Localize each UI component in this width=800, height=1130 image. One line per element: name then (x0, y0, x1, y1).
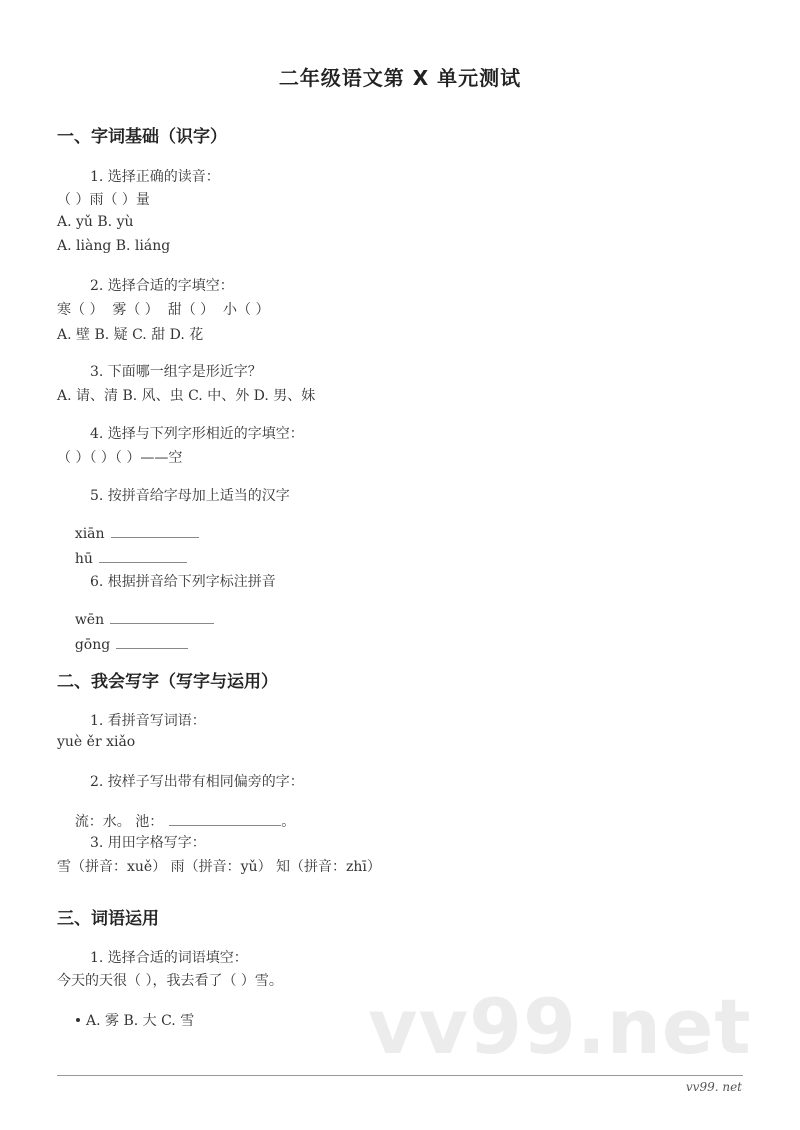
question-1-4-line: （ ）（ ）（ ）——空 (57, 447, 182, 467)
example-text: 流：水。 池： (75, 814, 163, 830)
question-1-2-stem: 2. 选择合适的字填空： (90, 275, 234, 295)
answer-blank[interactable] (99, 550, 187, 563)
question-1-3-options: A. 请、清 B. 风、虫 C. 中、外 D. 男、妹 (57, 385, 315, 405)
pinyin-prefix: hū (75, 551, 93, 567)
question-1-1-option-yu: A. yǔ B. yù (57, 214, 134, 230)
section-heading-3: 三、词语运用 (57, 904, 159, 929)
question-2-1-line: yuè ěr xiǎo (57, 734, 135, 750)
page-title: 二年级语文第 X 单元测试 (0, 62, 800, 91)
watermark: vv99.net (368, 982, 752, 1071)
section-heading-2: 二、我会写字（写字与运用） (57, 667, 278, 692)
answer-blank[interactable] (169, 813, 281, 826)
question-1-6-stem: 6. 根据拼音给下列字标注拼音 (90, 571, 276, 591)
section-heading-1: 一、字词基础（识字） (57, 122, 227, 147)
line-end-punctuation: 。 (281, 814, 295, 830)
question-1-6-row-gong: gōng (57, 620, 188, 669)
footer-site-label: vv99. net (686, 1080, 742, 1094)
answer-blank[interactable] (116, 636, 188, 649)
question-3-1-line: 今天的天很（ ），我去看了（ ）雪。 (57, 970, 283, 990)
pinyin-prefix: gōng (75, 637, 110, 653)
question-1-2-options: A. 壁 B. 疑 C. 甜 D. 花 (57, 324, 203, 344)
question-1-2-line: 寒（ ） 雾（ ） 甜（ ） 小（ ） (57, 299, 270, 319)
question-1-1-option-liang: A. liàng B. liáng (57, 238, 170, 254)
question-2-2-stem: 2. 按样子写出带有相同偏旁的字： (90, 771, 304, 791)
question-2-3-stem: 3. 用田字格写字： (90, 832, 206, 852)
question-2-3-line: 雪（拼音：xuě） 雨（拼音：yǔ） 知（拼音：zhī） (57, 856, 381, 876)
question-1-4-stem: 4. 选择与下列字形相近的字填空： (90, 423, 304, 443)
document-page: vv99.net 二年级语文第 X 单元测试 一、字词基础（识字） 1. 选择正… (0, 0, 800, 1130)
question-2-1-stem: 1. 看拼音写词语： (90, 710, 206, 730)
question-1-1-stem: 1. 选择正确的读音： (90, 166, 220, 186)
footer-divider (57, 1075, 743, 1076)
question-3-1-options: A. 雾 B. 大 C. 雪 (76, 1010, 194, 1030)
question-1-1-line: （ ）雨（ ）量 (57, 189, 150, 209)
question-1-3-stem: 3. 下面哪一组字是形近字？ (90, 361, 262, 381)
question-1-5-stem: 5. 按拼音给字母加上适当的汉字 (90, 485, 290, 505)
question-3-1-stem: 1. 选择合适的词语填空： (90, 947, 248, 967)
